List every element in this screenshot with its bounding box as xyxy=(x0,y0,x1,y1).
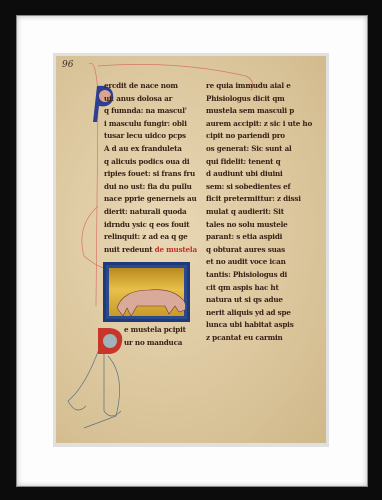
text-column-left-lower: e mustela pcipit ur no manduca xyxy=(124,324,186,349)
text-line: tales no solu mustele xyxy=(206,219,312,232)
text-line: os generat: Sic sunt al xyxy=(206,143,312,156)
text-line: cit qm aspis hac ht xyxy=(206,282,312,295)
text-line: nerit aliquis yd ad spe xyxy=(206,307,312,320)
text-line: ui: anus dolosa ar xyxy=(104,93,197,106)
text-line: ripies fouet: si frans fru xyxy=(104,168,197,181)
text-line: sem: si sobedientes ef xyxy=(206,181,312,194)
text-line: ercdit de nace nom xyxy=(104,80,197,93)
text-line: nuit redeunt de mustela xyxy=(104,244,197,257)
text-line: Phisiologus dicit qm xyxy=(206,93,312,106)
text-line: lunca ubi habitat aspis xyxy=(206,319,312,332)
text-line: aurem accipit: z sic i ute ho xyxy=(206,118,312,131)
text-column-right: re quia immudu aial e Phisiologus dicit … xyxy=(206,80,312,344)
text-line: ficit pretermittur: z dissi xyxy=(206,193,312,206)
text-line: dui no ust: fia du pullu xyxy=(104,181,197,194)
text-line: parant: s etia aspidi xyxy=(206,231,312,244)
text-line: tusar lecu uidco pcps xyxy=(104,130,197,143)
text-line: z pcantat eu carmin xyxy=(206,332,312,345)
rubric-heading: de mustela xyxy=(155,245,197,254)
text-line: cipit no pariendi pro xyxy=(206,130,312,143)
text-line: e mustela pcipit xyxy=(124,324,186,337)
text-line: mulat q audierit: Sit xyxy=(206,206,312,219)
text-line: q alicuis podics oua di xyxy=(104,156,197,169)
text-line: qui fidelit: tenent q xyxy=(206,156,312,169)
text-line: idrndu ysic q eos fouit xyxy=(104,219,197,232)
text-line: ur no manduca xyxy=(124,337,186,350)
weasel-figure xyxy=(109,268,190,322)
text-line: q obturat aures suas xyxy=(206,244,312,257)
initial-d-illuminated xyxy=(96,326,124,356)
text-line: et no audit voce ican xyxy=(206,256,312,269)
text-line: nace pprie generneis au xyxy=(104,193,197,206)
miniature-weasel xyxy=(103,262,190,322)
manuscript-page: 96 ercdit de nace nom ui: anus dolosa ar… xyxy=(56,56,326,443)
text-line: A d au ex franduleta xyxy=(104,143,197,156)
text-line: tantis: Phisiologus di xyxy=(206,269,312,282)
text-line: i masculu fungir: obli xyxy=(104,118,197,131)
text-line: mustela sem masculi p xyxy=(206,105,312,118)
text-line: dierit: naturali quoda xyxy=(104,206,197,219)
text-line: d audiunt ubi diuini xyxy=(206,168,312,181)
text-line: natura ut si qs adue xyxy=(206,294,312,307)
text-line: relinquit: z ad ea q ge xyxy=(104,231,197,244)
text-column-left: ercdit de nace nom ui: anus dolosa ar q … xyxy=(104,80,197,256)
text-line: re quia immudu aial e xyxy=(206,80,312,93)
text-line: q fumnda: na mascul' xyxy=(104,105,197,118)
